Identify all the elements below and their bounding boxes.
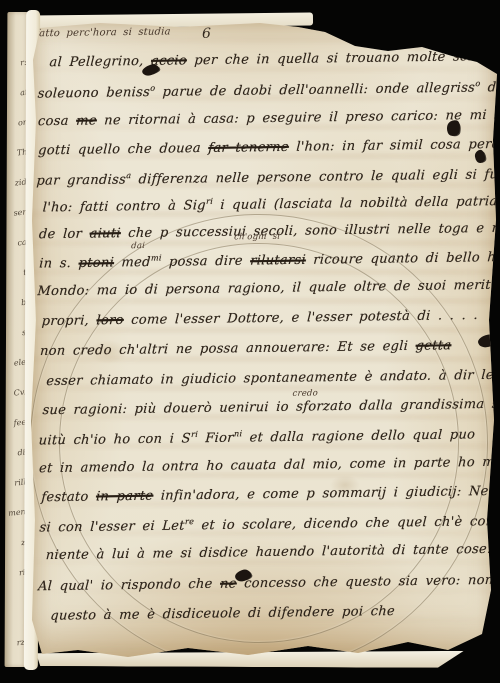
struck-out-word: rilutarsi	[250, 253, 306, 269]
manuscript-line: questo à me è disdiceuole di difendere p…	[50, 604, 395, 624]
handwritten-text: si con l'esser ei Let	[39, 518, 185, 535]
handwritten-text: l'ho: fatti contro à Sig	[42, 198, 206, 215]
handwritten-text: di simil	[480, 80, 500, 96]
manuscript-line: cosa me ne ritornai à casa: p eseguire i…	[38, 107, 500, 129]
handwritten-text: differenza nelle persone contro le quali…	[131, 166, 500, 187]
struck-out-word: aiuti	[89, 226, 121, 241]
manuscript-line: gotti quello che douea far tenerne l'hon…	[38, 136, 500, 158]
handwritten-text: ne ritornai à casa: p eseguire il preso …	[96, 107, 500, 128]
interlinear-insertion: dai	[131, 241, 145, 251]
interlinear-insertion: ch'ogni si	[234, 232, 281, 243]
handwritten-text: de lor	[39, 227, 90, 243]
header-note: fatto perc'hora si studia	[35, 26, 171, 39]
handwritten-text: et in amendo la ontra ho cauata dal mio,…	[39, 455, 500, 477]
manuscript-line: Al qual' io rispondo che ne concesso che…	[38, 572, 500, 594]
handwritten-text: niente à lui à me si disdice hauendo l'a…	[45, 542, 491, 563]
struck-out-word: ne	[220, 576, 238, 591]
handwritten-text: Al qual' io rispondo che	[38, 577, 221, 595]
manuscript-line: propri, loro come l'esser Dottore, e l'e…	[41, 308, 478, 329]
manuscript-line: l'ho: fatti contro à Sigri i quali (lasc…	[42, 193, 500, 216]
handwritten-text: fatto perc'hora si studia	[35, 26, 171, 39]
handwritten-text: infin'adora, e come p sommarij i giudici…	[153, 483, 500, 503]
handwritten-text: festato	[41, 489, 97, 505]
handwritten-text: sue ragioni: più douerò uenirui io sforz…	[42, 397, 500, 419]
handwritten-text: dai	[131, 241, 145, 251]
handwritten-text-block: fatto perc'hora si studiaal Pellegrino, …	[27, 18, 500, 662]
manuscript-line: soleuono benisso parue de daobi dell'oan…	[37, 78, 500, 101]
handwritten-text: credo	[292, 388, 318, 398]
manuscript-line: esser chiamato in giudicio spontaneament…	[46, 368, 494, 389]
handwritten-text: i quali (lasciata la nobiltà della patri…	[212, 194, 500, 213]
handwritten-text: che p successiui secoli, sono illustri n…	[120, 220, 500, 241]
struck-out-word: getta	[415, 338, 452, 354]
handwritten-text: esser chiamato in giudicio spontaneament…	[46, 368, 494, 389]
handwritten-text: per che in quella si trouano molte solaz…	[186, 48, 500, 68]
handwritten-text: concesso che questo sia vero: non che	[236, 572, 500, 591]
handwritten-text: soleuono beniss	[37, 85, 150, 102]
manuscript-line: par grandissa differenza nelle persone c…	[36, 165, 500, 189]
manuscript-line: si con l'esser ei Letre et io scolare, d…	[39, 513, 500, 536]
handwritten-text: l'hon: in far simil cosa perchè mi ci	[288, 136, 500, 155]
manuscript-line: et in amendo la ontra ho cauata dal mio,…	[39, 455, 500, 477]
handwritten-text: non credo ch'altri ne possa annouerare: …	[40, 339, 416, 359]
interlinear-insertion: credo	[292, 388, 318, 398]
facing-page-text-fragment: men	[7, 507, 25, 518]
manuscript-line: non credo ch'altri ne possa annouerare: …	[40, 338, 452, 359]
handwritten-text: Mondo: ma io di persona ragiono, il qual…	[37, 278, 496, 299]
handwritten-text: parue de daobi dell'oannelli: onde alleg…	[155, 81, 476, 100]
handwritten-text: et dalla ragione dello qual puo	[242, 427, 476, 445]
handwritten-text: come l'esser Dottore, e l'esser potestà …	[123, 308, 478, 328]
handwritten-text: gotti quello che douea	[38, 141, 209, 158]
handwritten-text: Fior	[197, 431, 234, 447]
manuscript-line: in s. ptoni medmi possa dire rilutarsi r…	[39, 249, 500, 272]
manuscript-line: sue ragioni: più douerò uenirui io sforz…	[42, 397, 500, 419]
handwritten-text: ricoure quanto di bello ha'l	[305, 250, 500, 268]
struck-out-word: loro	[96, 313, 124, 328]
handwritten-text: uitù ch'io ho con i S	[38, 431, 191, 448]
manuscript-line: al Pellegrino, accio per che in quella s…	[49, 48, 500, 70]
manuscript-line: niente à lui à me si disdice hauendo l'a…	[45, 542, 491, 563]
handwritten-text: propri,	[41, 313, 97, 329]
handwritten-text: par grandiss	[36, 172, 126, 188]
struck-out-word: me	[76, 113, 97, 128]
handwritten-text: possa dire	[161, 254, 251, 270]
manuscript-line: Mondo: ma io di persona ragiono, il qual…	[37, 278, 496, 299]
handwritten-text: in s.	[39, 256, 79, 272]
handwritten-text: et io scolare, dicendo che quel ch'è con…	[194, 514, 500, 533]
handwritten-text: al Pellegrino,	[49, 54, 151, 70]
struck-out-word: far tenerne	[208, 140, 289, 156]
manuscript-line: festato in parte infin'adora, e come p s…	[41, 483, 500, 505]
handwritten-text: med	[114, 255, 152, 271]
struck-out-word: in parte	[96, 489, 154, 505]
handwritten-text: cosa	[38, 114, 77, 130]
struck-out-word: ptoni	[78, 255, 114, 271]
manuscript-page: 6 fatto perc'hora si studiaal Pellegrino…	[30, 20, 498, 660]
manuscript-line: uitù ch'io ho con i Sri Fiorni et dalla …	[38, 426, 475, 448]
handwritten-text: ch'ogni si	[234, 232, 281, 243]
manuscript-photo: r:aiorThzidsercatbseleCv.feedirillmenzri…	[0, 0, 500, 683]
handwritten-text: questo à me è disdiceuole di difendere p…	[50, 604, 395, 624]
